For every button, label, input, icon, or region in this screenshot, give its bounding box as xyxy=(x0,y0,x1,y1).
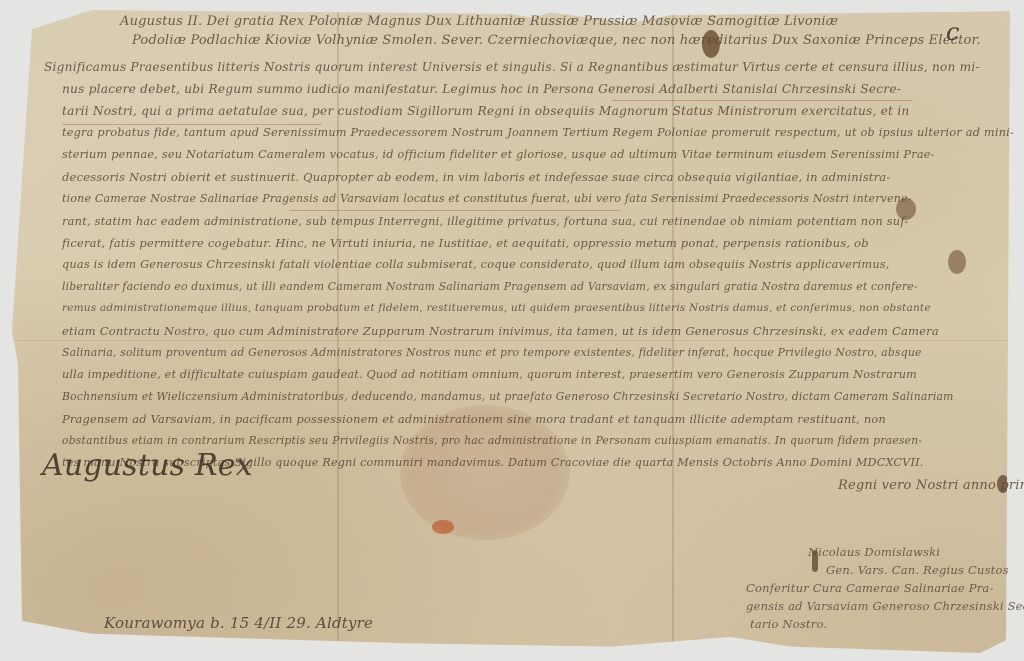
body-line-8: rant, statim hac eadem administratione, … xyxy=(62,214,908,228)
countersignature-title: Gen. Vars. Can. Regius Custos xyxy=(826,563,1009,577)
title-line-2: Podoliæ Podlachiæ Kioviæ Volhyniæ Smolen… xyxy=(132,33,981,48)
body-line-4: tegra probatus fide, tantum apud Serenis… xyxy=(62,126,1014,139)
body-line-13: etiam Contractu Nostro, quo cum Administ… xyxy=(62,324,939,338)
body-line-2: nus placere debet, ubi Regum summo iudic… xyxy=(62,82,901,96)
summary-line-3: tario Nostro. xyxy=(750,617,827,631)
body-line-14: Salinaria, solitum proventum ad Generoso… xyxy=(62,346,922,359)
body-line-11: liberaliter faciendo eo duximus, ut illi… xyxy=(62,280,918,293)
body-line-18: obstantibus etiam in contrarium Rescript… xyxy=(62,434,922,447)
underline-mark xyxy=(290,210,620,211)
countersignature-name: Nicolaus Domislawski xyxy=(808,545,940,559)
body-line-9: ficerat, fatis permittere cogebatur. Hin… xyxy=(62,236,869,250)
seal-wax-fragment xyxy=(432,520,454,534)
summary-line-1: Conferitur Cura Camerae Salinariae Pra- xyxy=(746,581,994,595)
fold-line-horizontal xyxy=(12,340,1010,341)
body-line-16: Bochnensium et Wieliczensium Administrat… xyxy=(62,390,954,403)
ink-stain xyxy=(948,250,966,274)
body-line-10: quas is idem Generosus Chrzesinski fatal… xyxy=(62,258,890,271)
body-line-6: decessoris Nostri obierit et sustinuerit… xyxy=(62,170,890,184)
body-line-5: sterium pennae, seu Notariatum Cameralem… xyxy=(62,148,935,161)
body-line-7: tione Camerae Nostrae Salinariae Pragens… xyxy=(62,192,912,205)
body-line-12: remus administrationemque illius, tanqua… xyxy=(62,302,931,314)
underline-mark xyxy=(62,124,322,125)
body-line-17: Pragensem ad Varsaviam, in pacificam pos… xyxy=(62,412,886,426)
underline-mark xyxy=(612,100,912,101)
body-line-3: tarii Nostri, qui a prima aetatulae sua,… xyxy=(62,104,909,118)
archival-note: Kourawomya b. 15 4/II 29. Aldtyre xyxy=(104,614,373,632)
royal-signature: Augustus Rex xyxy=(42,448,253,483)
regnal-year-note: Regni vero Nostri anno primo xyxy=(838,478,1024,493)
summary-line-2: gensis ad Varsaviam Generoso Chrzesinski… xyxy=(746,599,1024,613)
body-line-15: ulla impeditione, et difficultate cuiusp… xyxy=(62,368,917,381)
title-line-1: Augustus II. Dei gratia Rex Poloniæ Magn… xyxy=(120,14,838,29)
body-line-1: Significamus Praesentibus litteris Nostr… xyxy=(44,60,980,74)
margin-mark: c xyxy=(946,18,960,46)
